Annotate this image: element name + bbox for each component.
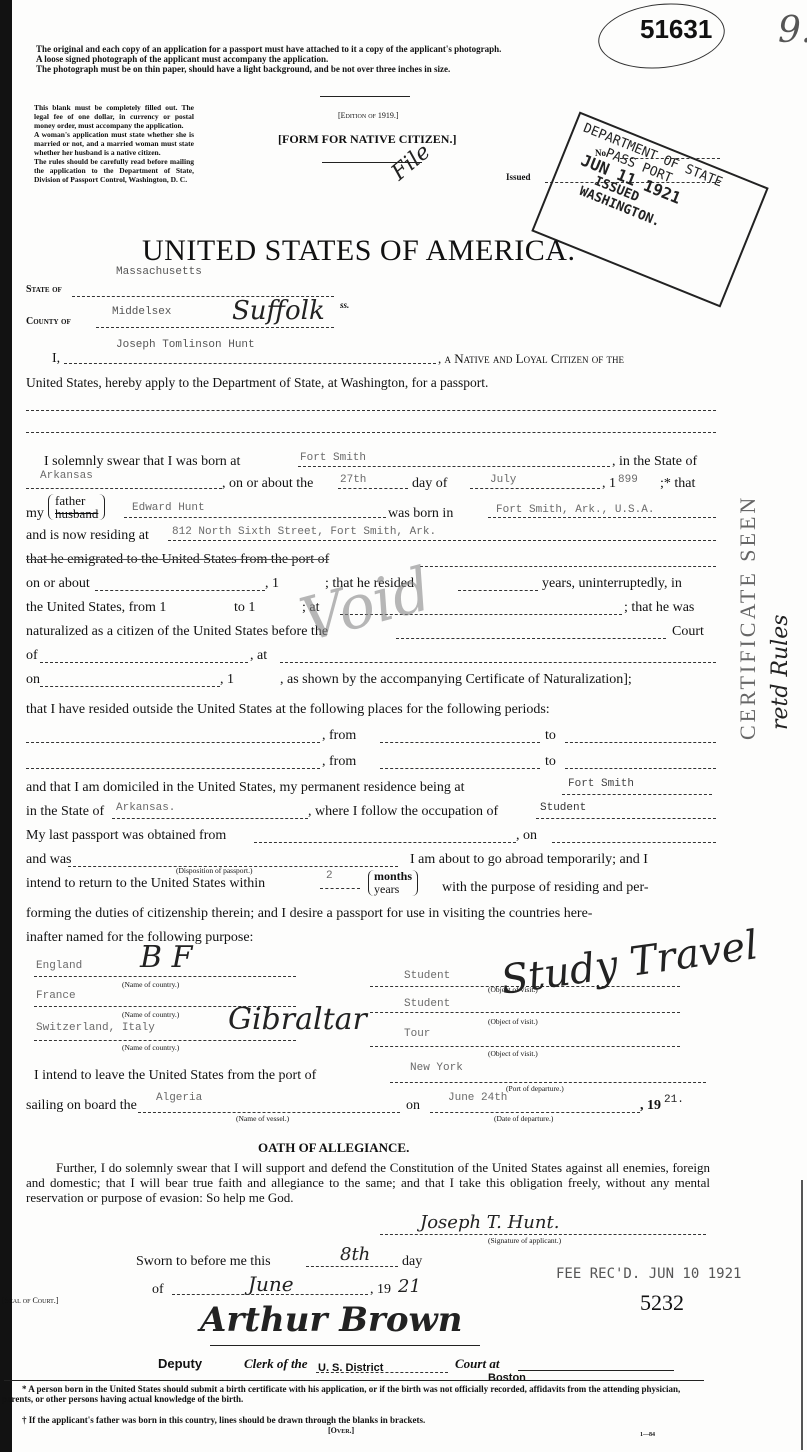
months-years-bracket: months years <box>368 870 418 896</box>
edition: [Edition of 1919.] <box>338 111 399 120</box>
signature-field[interactable] <box>380 1234 706 1235</box>
domicile-state: Arkansas. <box>116 802 175 814</box>
clerk-signature: Arthur Brown <box>200 1300 463 1340</box>
port-field[interactable] <box>390 1082 706 1083</box>
applicant-name: Joseph Tomlinson Hunt <box>116 339 255 351</box>
of-label-2: of <box>152 1282 164 1298</box>
abroad-text: I am about to go abroad temporarily; and… <box>410 852 648 868</box>
born-at-label: I solemnly swear that I was born at <box>44 454 240 470</box>
applicant-name-field[interactable] <box>64 363 436 364</box>
side-note-line: The rules should be carefully read befor… <box>34 157 194 184</box>
signature-caption: (Signature of applicant.) <box>488 1236 561 1245</box>
abroad-from-2[interactable] <box>380 768 540 769</box>
county-field[interactable] <box>96 327 334 328</box>
scan-right-edge <box>801 1180 803 1450</box>
clerk-label: Clerk of the <box>244 1356 308 1372</box>
domicile-state-label: in the State of <box>26 804 104 820</box>
ss-label: ss. <box>340 300 349 310</box>
deputy-label: Deputy <box>158 1356 202 1371</box>
leave-port-label: I intend to leave the United States from… <box>34 1068 316 1084</box>
domicile-city: Fort Smith <box>568 778 634 790</box>
naturalized-label: naturalized as a citizen of the United S… <box>26 624 328 640</box>
fee-received-stamp: FEE REC'D. JUN 10 1921 <box>556 1266 741 1282</box>
divider <box>320 96 410 97</box>
court-city: Boston <box>488 1372 526 1384</box>
court-of-field[interactable] <box>40 662 248 663</box>
port-value: New York <box>410 1062 463 1074</box>
side-instructions: This blank must be completely filled out… <box>34 103 194 184</box>
residence-abroad-intro: that I have resided outside the United S… <box>26 702 550 718</box>
and-was-label: and was <box>26 852 72 868</box>
country-1-field[interactable] <box>34 976 296 977</box>
on-label: on <box>26 672 40 688</box>
issued-stamp: DEPARTMENT OF STATE PASS PORT JUN 11 192… <box>531 111 768 307</box>
native-citizen-text: , a Native and Loyal Citizen of the <box>438 351 624 367</box>
side-handwritten-note: retd Rules <box>768 530 793 730</box>
father-name: Edward Hunt <box>132 502 205 514</box>
footnote-father: † If the applicant's father was born in … <box>22 1415 702 1425</box>
abroad-place-1[interactable] <box>26 742 320 743</box>
domicile-city-field[interactable] <box>562 794 712 795</box>
passport-application-page: 51631 9. The original and each copy of a… <box>0 0 807 1452</box>
applicant-signature: Joseph T. Hunt. <box>420 1212 559 1233</box>
domicile-state-field[interactable] <box>112 818 308 819</box>
last-passport-label: My last passport was obtained from <box>26 828 226 844</box>
sworn-month-field[interactable] <box>172 1294 368 1295</box>
resided-years-field[interactable] <box>458 590 538 591</box>
certificate-text: , as shown by the accompanying Certifica… <box>280 672 632 688</box>
object-1: Student <box>404 970 450 982</box>
scan-left-border <box>0 0 12 1452</box>
country-2: France <box>36 990 76 1002</box>
husband-option[interactable]: husband <box>55 507 98 520</box>
object-2-field[interactable] <box>370 1012 680 1013</box>
birth-month: July <box>490 474 516 486</box>
departure-year-prefix: , 19 <box>640 1098 661 1114</box>
departure-date-field[interactable] <box>430 1112 640 1113</box>
father-birthplace: Fort Smith, Ark., U.S.A. <box>496 504 654 516</box>
born-at-field[interactable] <box>298 466 610 467</box>
handwritten-scrawl: Void <box>293 554 438 656</box>
naturalization-year-prefix: , 1 <box>220 672 234 688</box>
year-prefix: , 1 <box>602 476 616 492</box>
form-code: 1—84 <box>640 1432 655 1438</box>
domicile-label: and that I am domiciled in the United St… <box>26 780 465 796</box>
county-handwritten: Suffolk <box>232 296 325 326</box>
sworn-year-prefix: , 19 <box>370 1282 391 1298</box>
state-of-label: , in the State of <box>612 454 697 470</box>
at-label-2: , at <box>250 648 267 664</box>
vessel-field[interactable] <box>138 1112 400 1113</box>
footnote-birth-certificate: * A person born in the United States sho… <box>2 1384 702 1404</box>
instruction-line: A loose signed photograph of the applica… <box>36 54 636 64</box>
last-passport-from-field[interactable] <box>254 842 516 843</box>
object-3: Tour <box>404 1028 430 1040</box>
object-3-caption: (Object of visit.) <box>488 1049 538 1058</box>
father-residence: 812 North Sixth Street, Fort Smith, Ark. <box>172 526 436 538</box>
vessel-value: Algeria <box>156 1092 202 1104</box>
from-year-label: the United States, from 1 <box>26 600 166 616</box>
footnote-divider <box>4 1380 704 1381</box>
court-city-line <box>518 1370 674 1371</box>
court-field[interactable] <box>396 638 666 639</box>
abroad-to-1[interactable] <box>565 742 716 743</box>
court-at-label: Court at <box>455 1356 499 1372</box>
to-label-1: to <box>545 728 556 744</box>
fee-number: 5232 <box>640 1290 684 1316</box>
sworn-year: 21 <box>398 1276 421 1297</box>
blank-line[interactable] <box>26 432 716 433</box>
side-note-line: A woman's application must state whether… <box>34 130 194 157</box>
margin-mark: 9. <box>778 10 807 51</box>
county-label: County of <box>26 316 71 327</box>
father-residence-field[interactable] <box>168 540 716 541</box>
intend-return-label: intend to return to the United States wi… <box>26 876 265 892</box>
departure-date-caption: (Date of departure.) <box>494 1114 553 1123</box>
last-passport-date-field[interactable] <box>552 842 716 843</box>
handwritten-study-travel: Study Travel <box>498 922 761 1004</box>
born-at-value: Fort Smith <box>300 452 366 464</box>
page-title: UNITED STATES OF AMERICA. <box>142 234 575 268</box>
stamp-text: DEPARTMENT OF STATE PASS PORT JUN 11 192… <box>559 121 725 246</box>
photo-instructions: The original and each copy of an applica… <box>36 44 636 74</box>
country-3: Switzerland, Italy <box>36 1022 155 1034</box>
state-value: Massachusetts <box>116 266 202 278</box>
form-type: [FORM FOR NATIVE CITIZEN.] <box>278 132 456 147</box>
day-label: day <box>402 1254 422 1270</box>
occupation-label: , where I follow the occupation of <box>308 804 498 820</box>
abroad-place-2[interactable] <box>26 768 320 769</box>
that-label: ;* that <box>660 476 695 492</box>
sworn-label: Sworn to before me this <box>136 1254 271 1270</box>
object-2: Student <box>404 998 450 1010</box>
to-label-2: to <box>545 754 556 770</box>
side-note-line: This blank must be completely filled out… <box>34 103 194 130</box>
purpose-line-2: forming the duties of citizenship therei… <box>26 906 592 922</box>
years-uninterruptedly: years, uninterruptedly, in <box>542 576 682 592</box>
father-name-field[interactable] <box>124 517 386 518</box>
port-caption: (Port of departure.) <box>506 1084 564 1093</box>
abroad-from-1[interactable] <box>380 742 540 743</box>
instruction-line: The original and each copy of an applica… <box>36 44 636 54</box>
country-3-field[interactable] <box>34 1040 296 1041</box>
on-or-about-label: , on or about the <box>222 476 313 492</box>
i-label: I, <box>52 351 60 367</box>
vessel-caption: (Name of vessel.) <box>236 1114 289 1123</box>
on-label-2: , on <box>516 828 537 844</box>
return-within-field[interactable] <box>320 888 360 889</box>
issued-label: Issued <box>506 172 531 182</box>
over-label: [Over.] <box>328 1426 354 1435</box>
apply-text: United States, hereby apply to the Depar… <box>26 375 488 391</box>
birth-state-field[interactable] <box>26 488 222 489</box>
country-1-caption: (Name of country.) <box>122 980 179 989</box>
emigrated-port-field[interactable] <box>420 566 716 567</box>
father-birthplace-field[interactable] <box>488 517 716 518</box>
birth-month-field[interactable] <box>470 488 600 489</box>
purpose-line-1: with the purpose of residing and per- <box>442 880 649 896</box>
country-1: England <box>36 960 82 972</box>
court-label: Court <box>672 624 704 640</box>
day-of-label: day of <box>412 476 447 492</box>
oath-title: OATH OF ALLEGIANCE. <box>258 1140 409 1156</box>
seal-of-court: [Seal of Court.] <box>2 1296 58 1305</box>
return-within-value: 2 <box>326 870 333 882</box>
birth-state: Arkansas <box>40 470 93 482</box>
departure-year: 21. <box>664 1094 684 1106</box>
departure-date: June 24th <box>448 1092 507 1104</box>
years-option[interactable]: years <box>374 883 412 896</box>
disposition-caption: (Disposition of passport.) <box>176 866 252 875</box>
state-label: State of <box>26 284 62 295</box>
certificate-seen-stamp: CERTIFICATE SEEN <box>735 340 761 740</box>
emigration-year-prefix: , 1 <box>265 576 279 592</box>
naturalization-date-field[interactable] <box>40 686 220 687</box>
to-year-label: to 1 <box>234 600 255 616</box>
on-label-3: on <box>406 1098 420 1114</box>
abroad-to-2[interactable] <box>565 768 716 769</box>
blank-line[interactable] <box>26 410 716 411</box>
from-label-1: , from <box>322 728 356 744</box>
county-value: Middelsex <box>112 306 171 318</box>
instruction-line: The photograph must be on thin paper, sh… <box>36 64 636 74</box>
birth-year: 899 <box>618 474 638 486</box>
court-at-field[interactable] <box>280 662 716 663</box>
object-3-field[interactable] <box>370 1046 680 1047</box>
sworn-day-field[interactable] <box>306 1266 398 1267</box>
occupation-field[interactable] <box>536 818 716 819</box>
sworn-day: 8th <box>340 1244 370 1265</box>
that-he-was: ; that he was <box>624 600 694 616</box>
of-label: of <box>26 648 38 664</box>
court-name-field[interactable] <box>316 1372 448 1373</box>
handwritten-gibraltar: Gibraltar <box>228 1002 367 1037</box>
residing-label: and is now residing at <box>26 528 149 544</box>
on-or-about-label-2: on or about <box>26 576 90 592</box>
my-label: my <box>26 506 44 522</box>
sailing-label: sailing on board the <box>26 1098 137 1114</box>
occupation-value: Student <box>540 802 586 814</box>
oath-text: Further, I do solemnly swear that I will… <box>26 1160 710 1205</box>
was-born-in-label: was born in <box>388 506 453 522</box>
sworn-month: June <box>248 1272 294 1296</box>
object-2-caption: (Object of visit.) <box>488 1017 538 1026</box>
from-label-2: , from <box>322 754 356 770</box>
emigration-date-field[interactable] <box>95 590 265 591</box>
country-2-caption: (Name of country.) <box>122 1010 179 1019</box>
father-husband-bracket: father husband <box>48 494 105 520</box>
emigrated-line: that he emigrated to the United States f… <box>26 552 329 568</box>
country-3-caption: (Name of country.) <box>122 1043 179 1052</box>
handwritten-bf: B F <box>140 940 192 975</box>
birth-day: 27th <box>340 474 366 486</box>
clerk-signature-line <box>210 1345 480 1346</box>
birth-day-field[interactable] <box>338 488 408 489</box>
